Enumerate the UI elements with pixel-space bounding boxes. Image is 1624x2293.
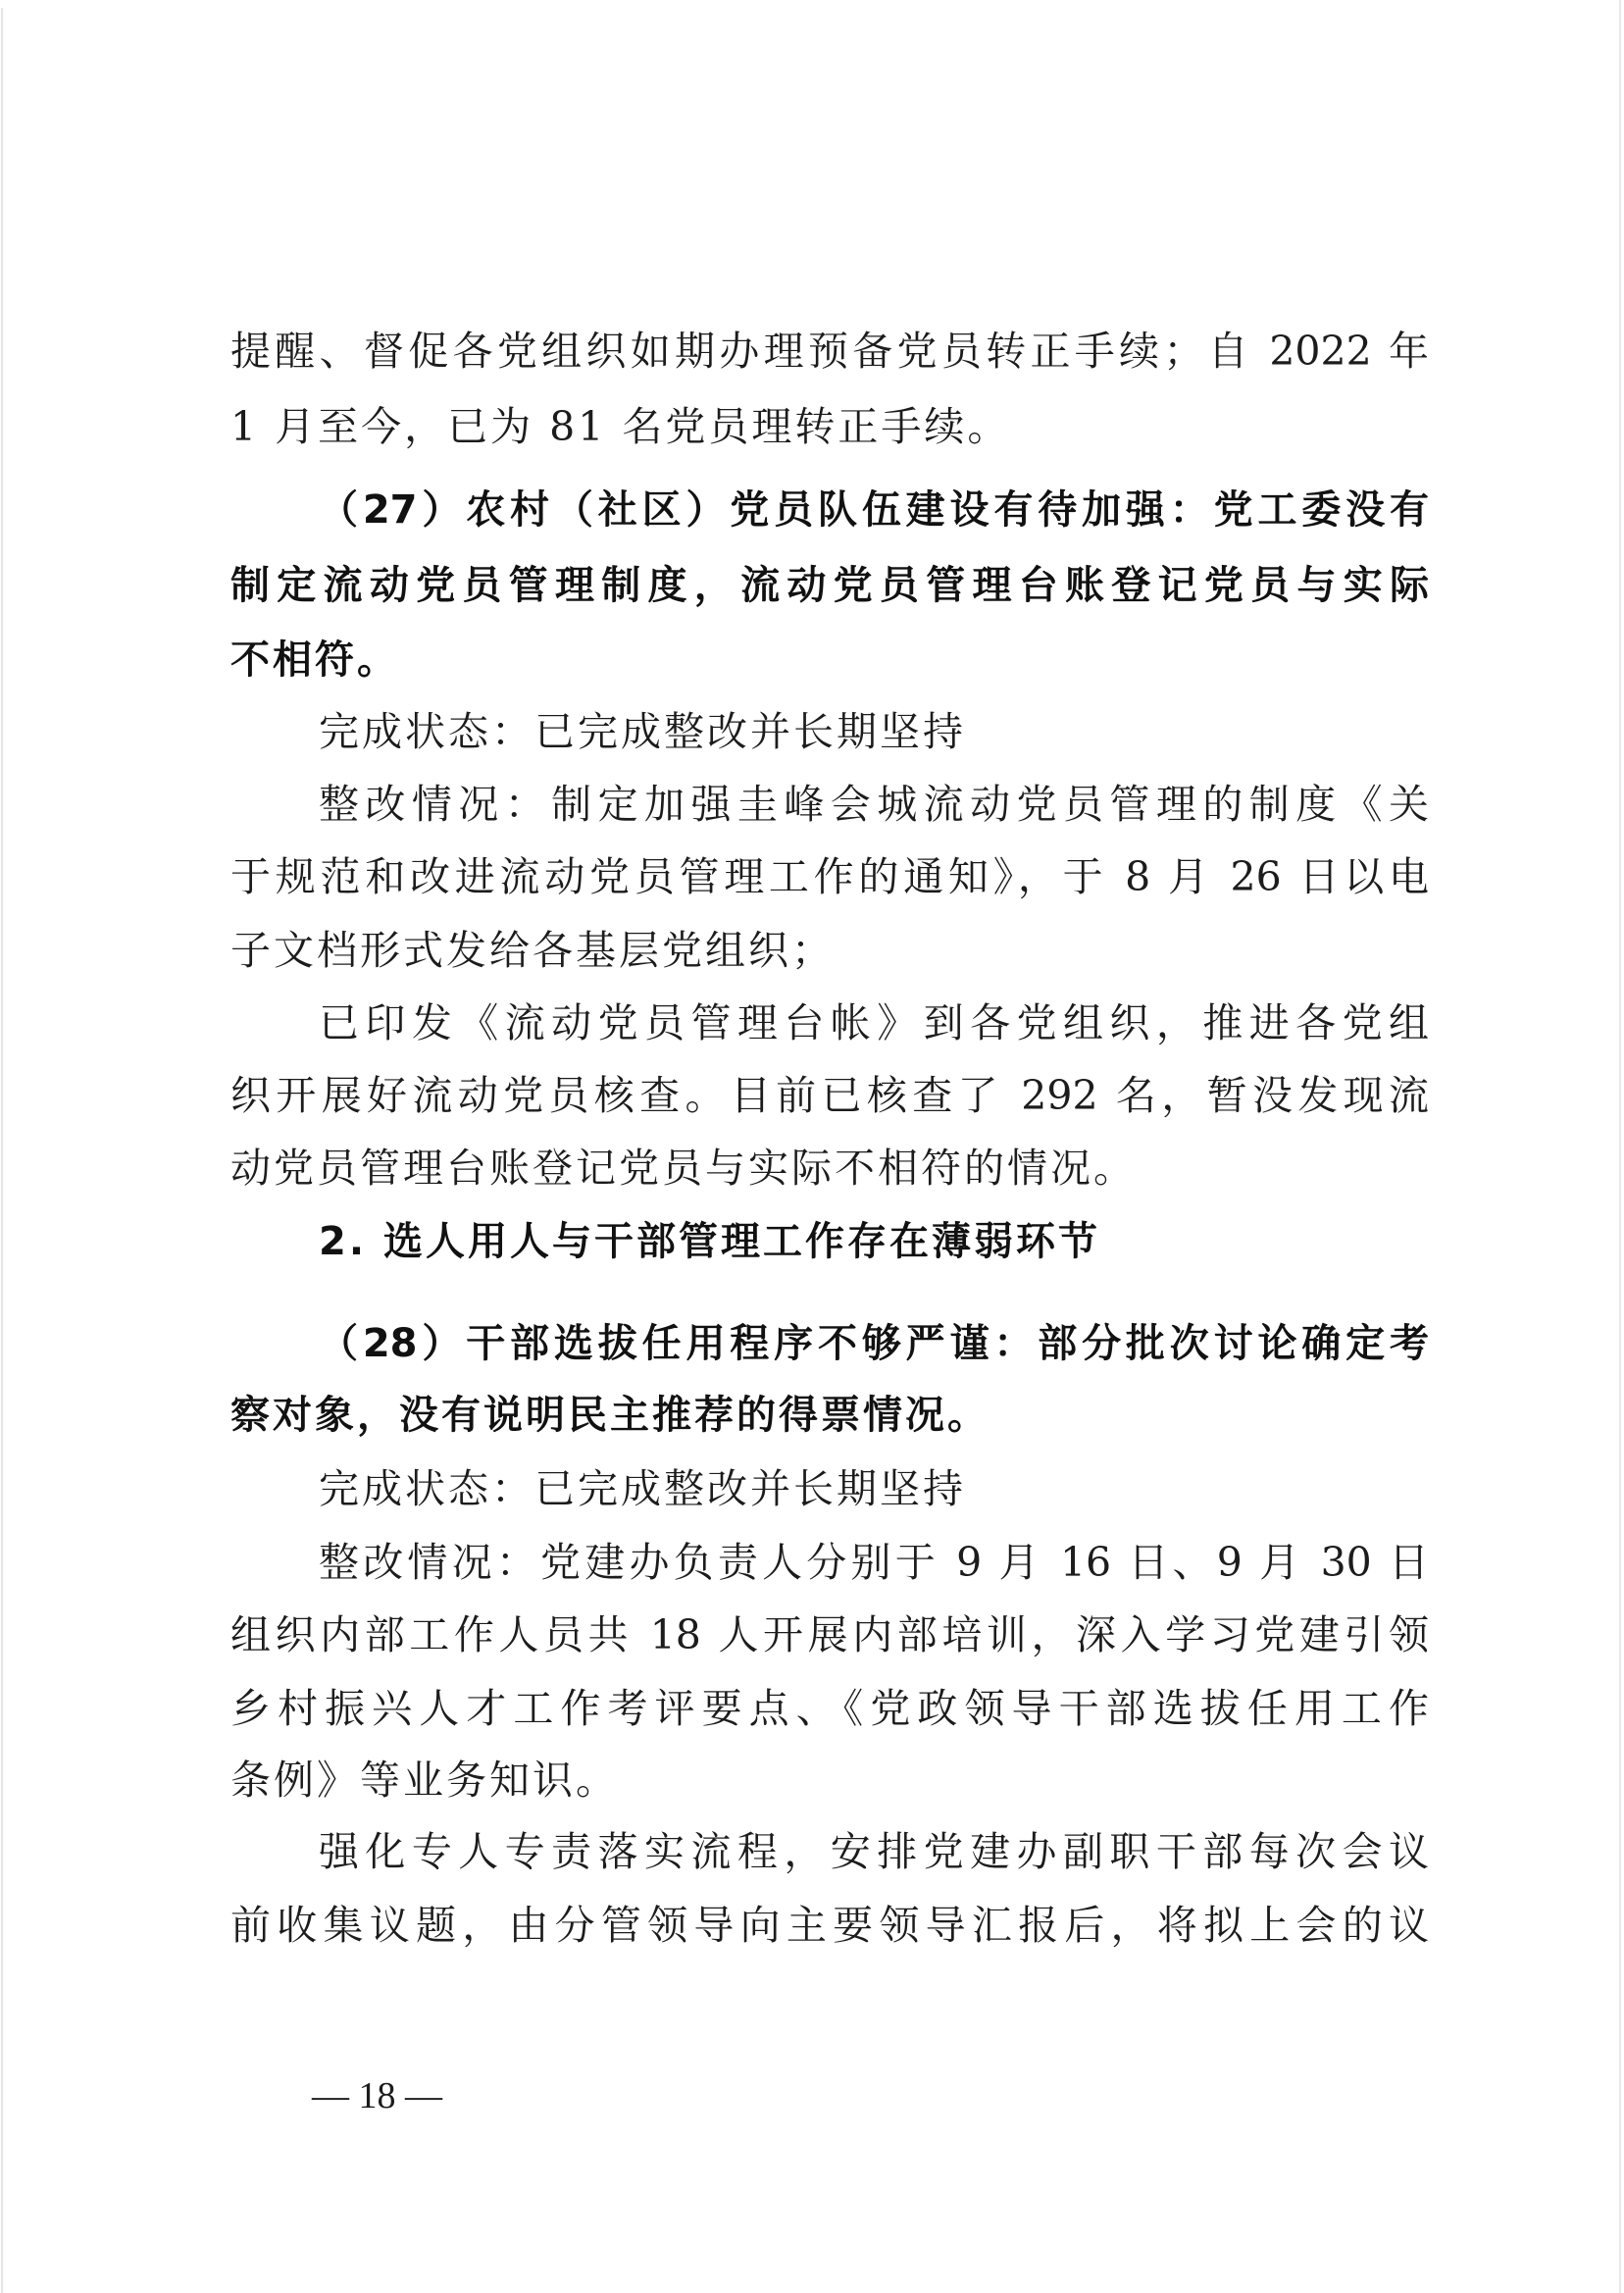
rectification-text-line: 织开展好流动党员核查。目前已核查了 292 名，暂没发现流 xyxy=(230,1066,1429,1125)
rectification-text-line: 强化专人专责落实流程，安排党建办副职干部每次会议 xyxy=(319,1822,1429,1881)
document-page: 提醒、督促各党组织如期办理预备党员转正手续；自 2022 年 1 月至今，已为 … xyxy=(0,0,1624,2293)
completion-status-line: 完成状态：已完成整改并长期坚持 xyxy=(319,702,1429,761)
item-28-heading-line: （28）干部选拔任用程序不够严谨：部分批次讨论确定考 xyxy=(319,1314,1429,1373)
item-27-heading-line: 制定流动党员管理制度，流动党员管理台账登记党员与实际 xyxy=(230,556,1429,615)
rectification-text-line: 已印发《流动党员管理台帐》到各党组织，推进各党组 xyxy=(319,994,1429,1052)
rectification-text-line: 组织内部工作人员共 18 人开展内部培训，深入学习党建引领 xyxy=(230,1605,1429,1664)
rectification-text-line: 乡村振兴人才工作考评要点、《党政领导干部选拔任用工作 xyxy=(230,1679,1429,1738)
page-number: — 18 — xyxy=(312,2071,442,2120)
completion-status-line: 完成状态：已完成整改并长期坚持 xyxy=(319,1459,1429,1518)
scan-edge-right xyxy=(1619,0,1621,2293)
scan-edge-left xyxy=(1,8,3,2293)
rectification-text-line: 动党员管理台账登记党员与实际不相符的情况。 xyxy=(230,1139,1429,1197)
rectification-text-line: 子文档形式发给各基层党组织； xyxy=(230,921,1429,980)
rectification-text-line: 前收集议题，由分管领导向主要领导汇报后，将拟上会的议 xyxy=(230,1896,1429,1955)
body-text-line: 提醒、督促各党组织如期办理预备党员转正手续；自 2022 年 xyxy=(230,322,1429,381)
item-27-heading-line: 不相符。 xyxy=(230,631,1429,689)
rectification-text-line: 整改情况：制定加强圭峰会城流动党员管理的制度《关 xyxy=(319,775,1429,834)
rectification-text-line: 整改情况：党建办负责人分别于 9 月 16 日、9 月 30 日 xyxy=(319,1533,1429,1592)
rectification-text-line: 于规范和改进流动党员管理工作的通知》，于 8 月 26 日以电 xyxy=(230,847,1429,906)
section-2-heading: 2. 选人用人与干部管理工作存在薄弱环节 xyxy=(319,1212,1429,1271)
body-text-line: 1 月至今，已为 81 名党员理转正手续。 xyxy=(230,397,1429,456)
item-28-heading-line: 察对象，没有说明民主推荐的得票情况。 xyxy=(230,1386,1429,1445)
item-27-heading-line: （27）农村（社区）党员队伍建设有待加强：党工委没有 xyxy=(319,481,1429,539)
rectification-text-line: 条例》等业务知识。 xyxy=(230,1751,1429,1809)
